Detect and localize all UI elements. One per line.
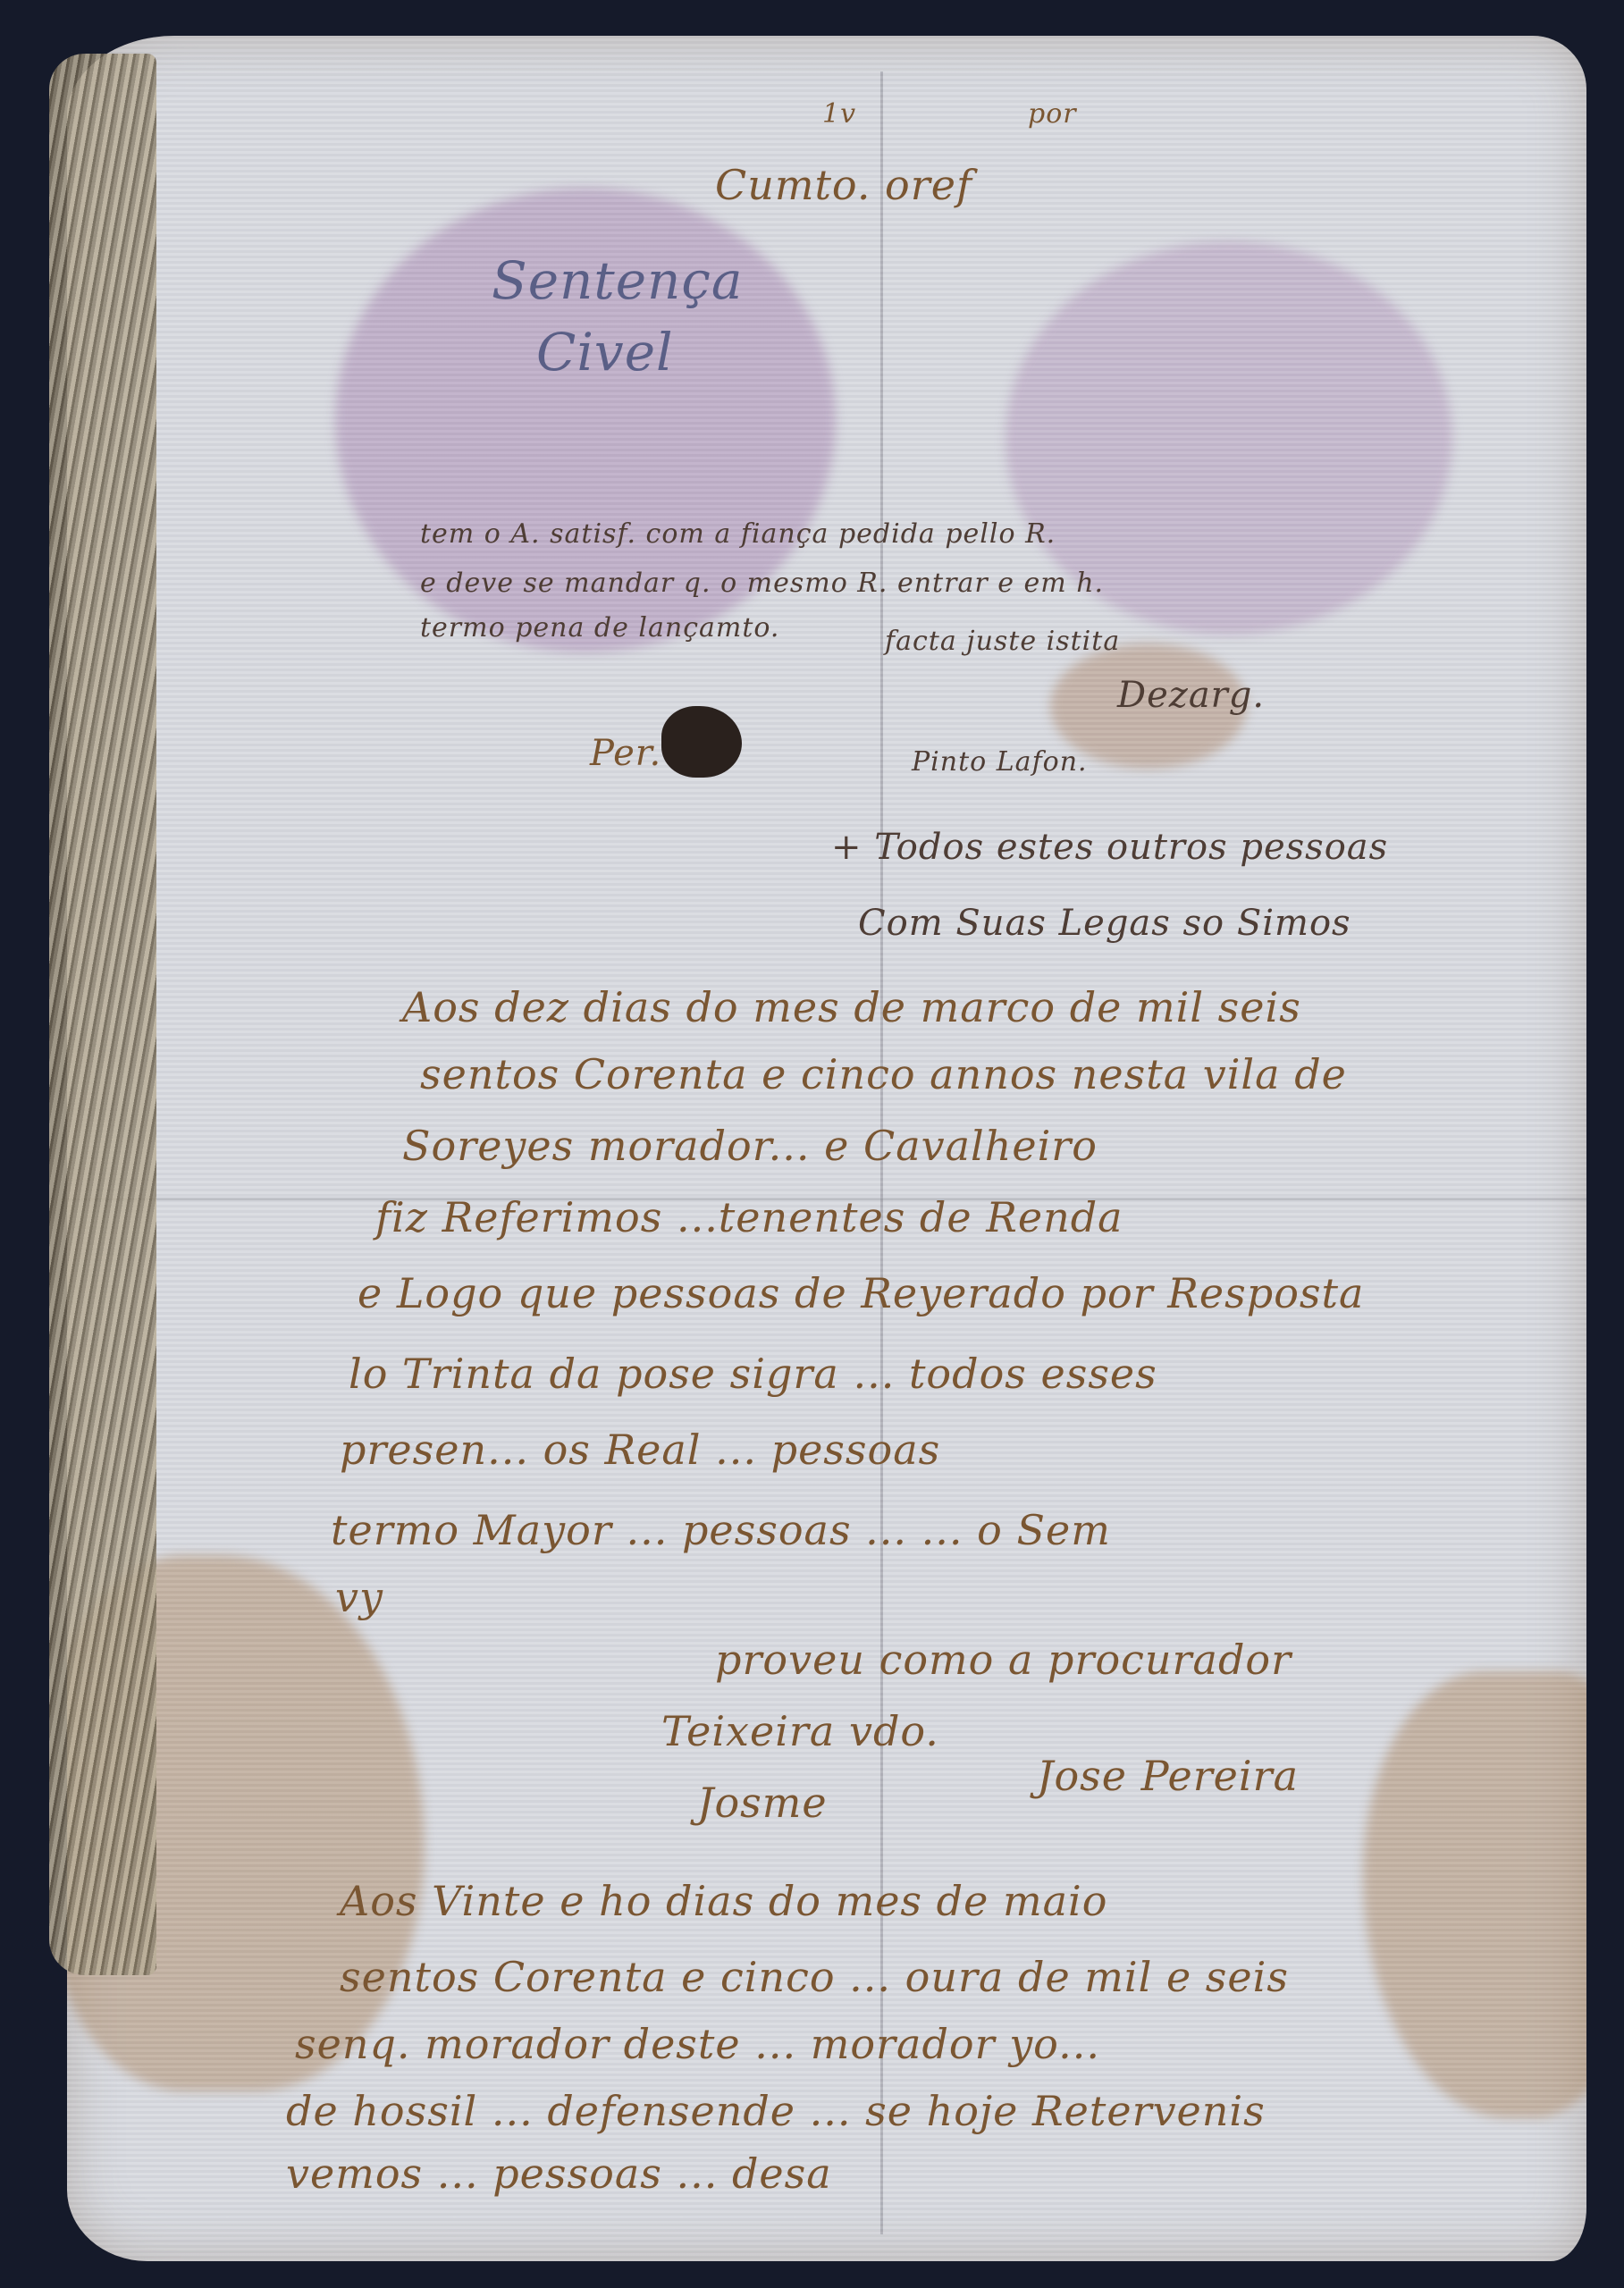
cross-line-1: + Todos estes outros pessoas xyxy=(831,827,1388,868)
facta-line: facta juste istita xyxy=(885,626,1120,657)
pencil-title-civel: Civel xyxy=(536,322,674,383)
para1-line-3: Soreyes morador... e Cavalheiro xyxy=(402,1122,1098,1170)
sign-line-3: Josme xyxy=(697,1779,828,1827)
cross-line-2: Com Suas Legas so Simos xyxy=(858,903,1351,944)
upper-line-1: tem o A. satisf. com a fiança pedida pel… xyxy=(420,518,1056,550)
para1-line-2: sentos Corenta e cinco annos nesta vila … xyxy=(420,1050,1347,1098)
para1-line-1: Aos dez dias do mes de marco de mil seis xyxy=(402,983,1301,1031)
folio-mark: 1v xyxy=(822,98,856,130)
para2-line-4: de hossil ... defensende ... se hoje Ret… xyxy=(286,2087,1266,2135)
signature-dezarg: Dezarg. xyxy=(1117,675,1265,716)
para2-line-5: vemos ... pessoas ... desa xyxy=(286,2149,832,2198)
para2-line-2: sentos Corenta e cinco ... oura de mil e… xyxy=(340,1953,1289,2001)
upper-line-3: termo pena de lançamto. xyxy=(420,612,779,643)
para1-line-7: presen... os Real ... pessoas xyxy=(340,1426,940,1474)
para1-line-9: vy xyxy=(335,1573,383,1621)
para1-line-4: fiz Referimos ...tenentes de Renda xyxy=(375,1193,1123,1241)
left-mark-per: Per. xyxy=(590,733,661,774)
para2-line-3: senq. morador deste ... morador yo... xyxy=(295,2020,1100,2068)
wax-seal-blot xyxy=(661,706,742,778)
water-stain xyxy=(1363,1671,1586,2118)
sign-line-2: Teixeira vdo. xyxy=(661,1707,939,1755)
para1-line-8: termo Mayor ... pessoas ... ... o Sem xyxy=(331,1506,1111,1554)
top-right-mark: por xyxy=(1028,98,1077,130)
sign-line-1: proveu como a procurador xyxy=(715,1636,1292,1684)
para1-line-6: lo Trinta da pose sigra ... todos esses xyxy=(349,1350,1157,1398)
sewn-binding-edge xyxy=(49,54,156,1975)
upper-line-2: e deve se mandar q. o mesmo R. entrar e … xyxy=(420,568,1104,599)
pencil-title-sentenca: Sentença xyxy=(492,250,743,311)
sign-line-4: Jose Pereira xyxy=(1037,1752,1299,1800)
para1-line-5: e Logo que pessoas de Reyerado por Respo… xyxy=(358,1269,1364,1317)
heading: Cumto. oref xyxy=(715,161,972,209)
pinto-lafon: Pinto Lafon. xyxy=(912,746,1088,778)
para2-line-1: Aos Vinte e ho dias do mes de maio xyxy=(340,1877,1107,1925)
